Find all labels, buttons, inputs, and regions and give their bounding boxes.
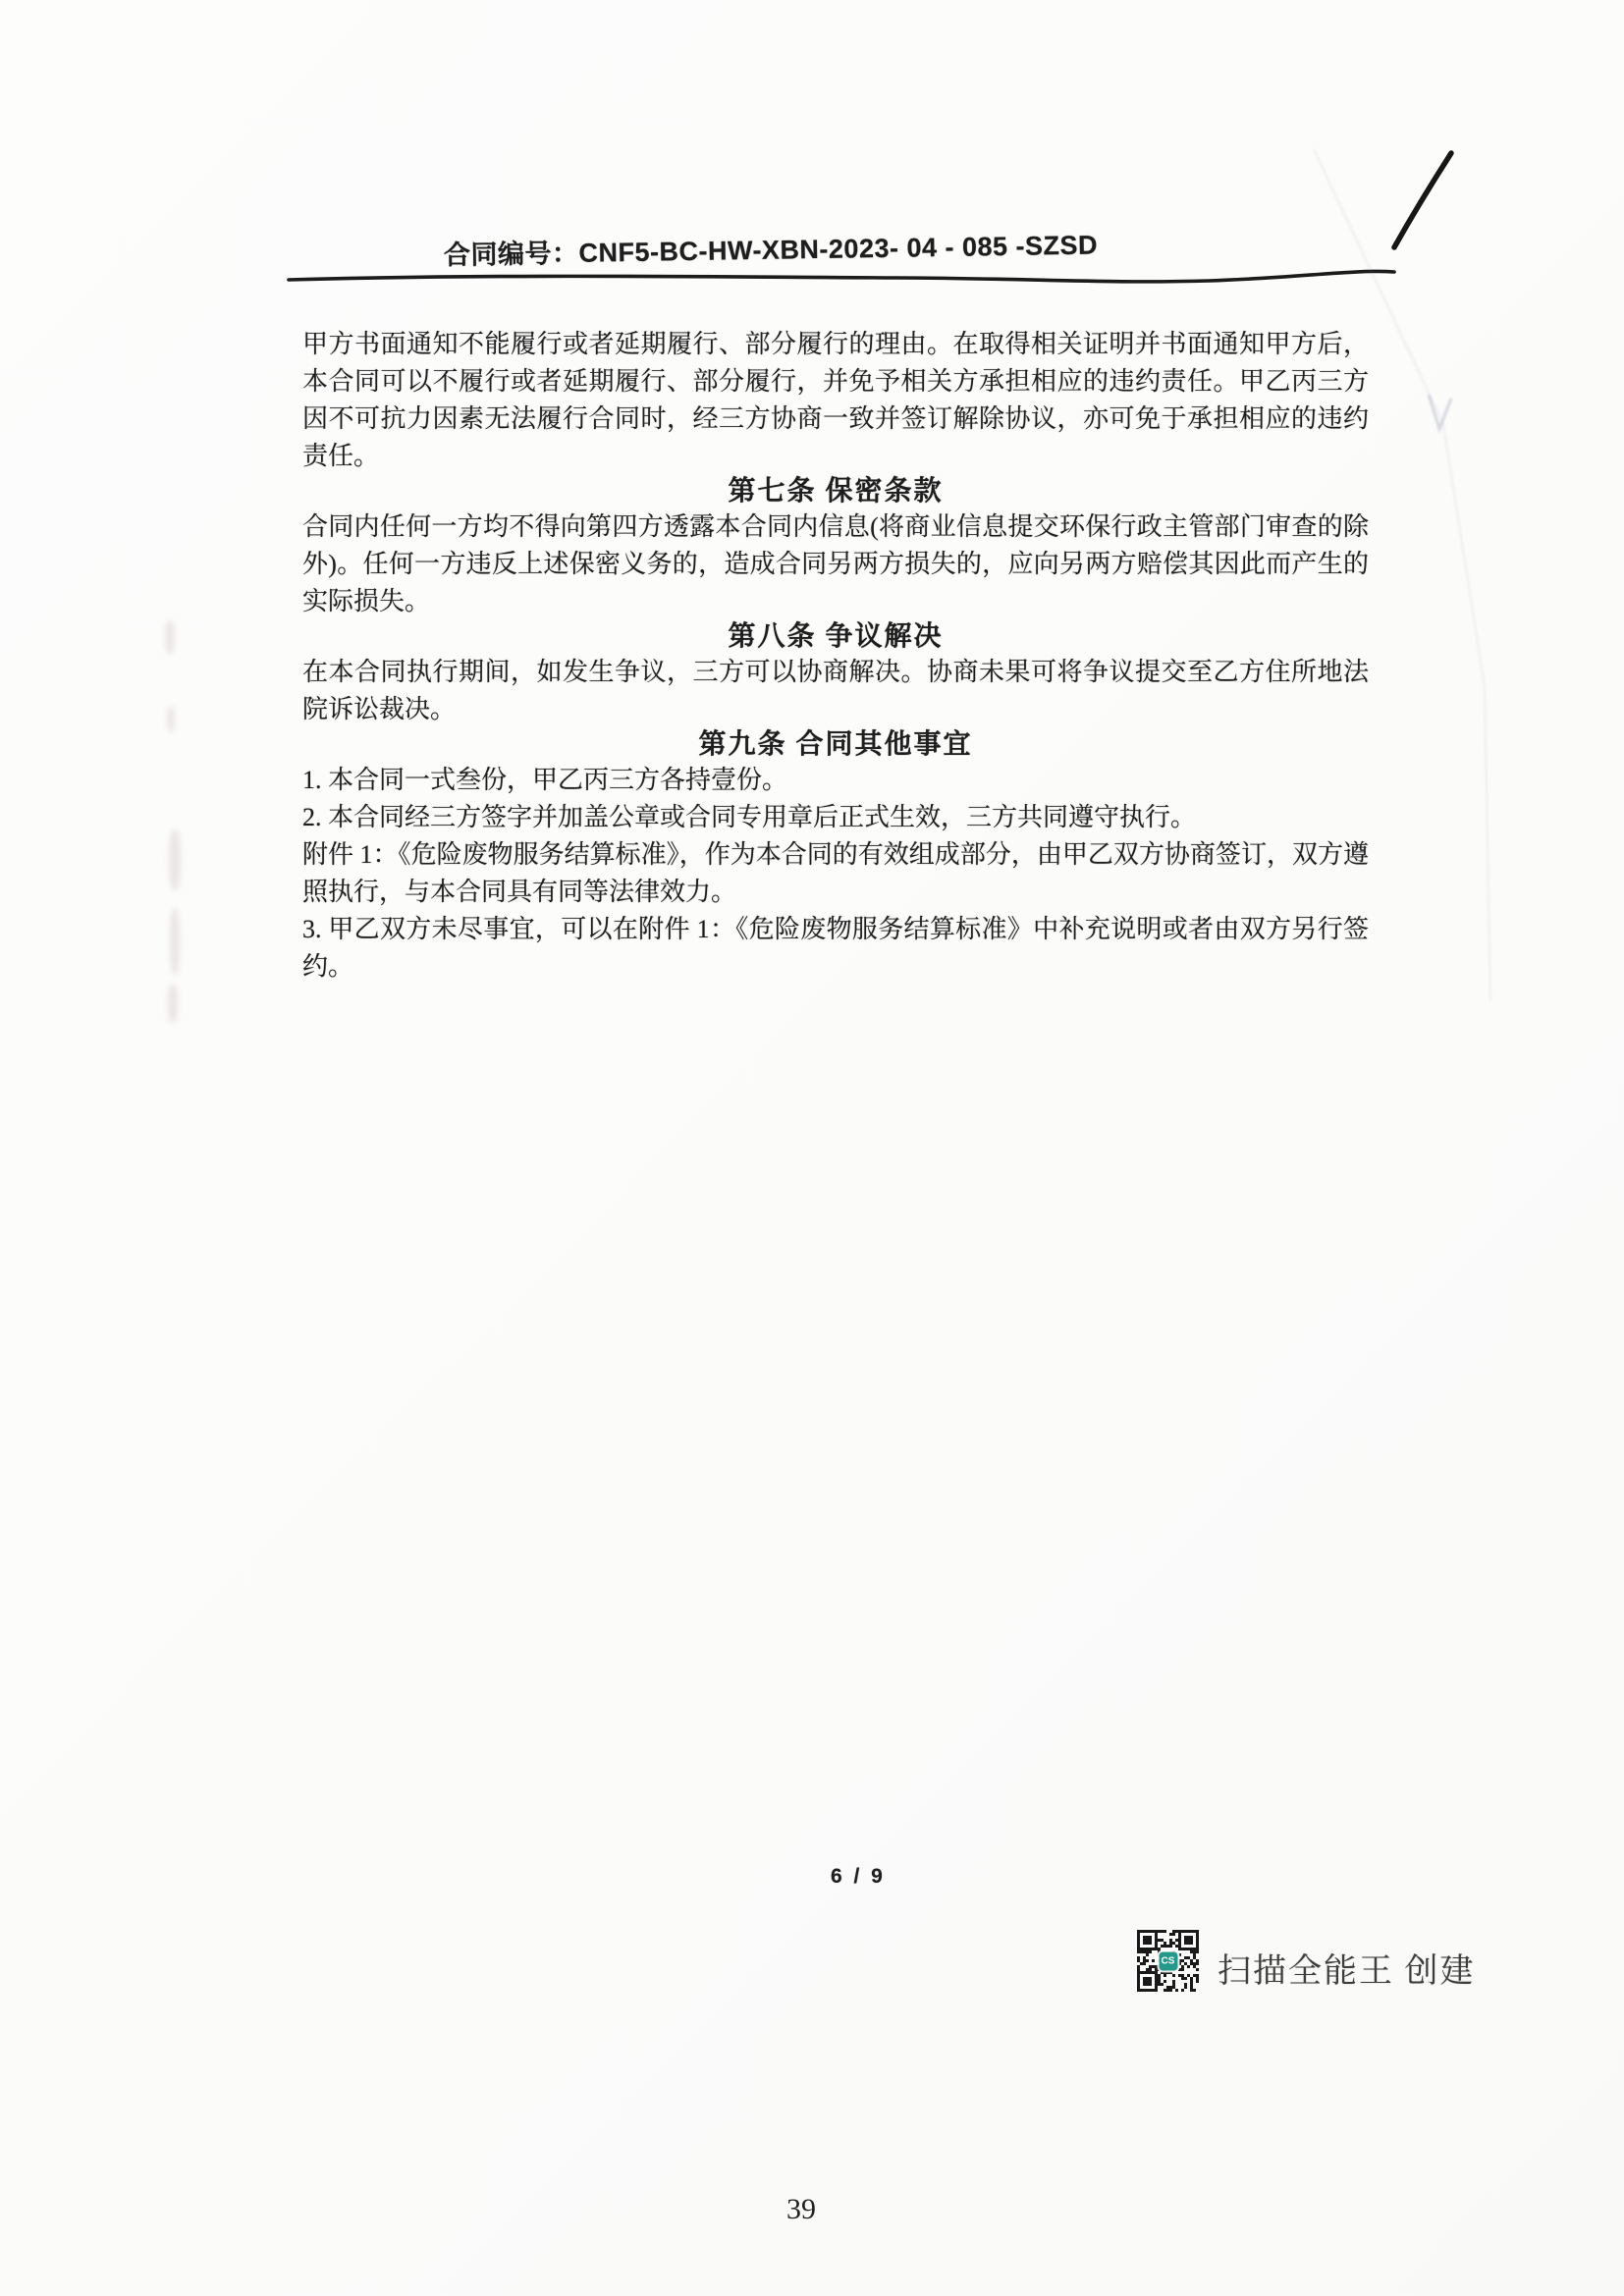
bleedthrough-smudge [170, 908, 180, 975]
section9-item-1: 1. 本合同一式叁份，甲乙丙三方各持壹份。 [302, 762, 1369, 799]
bleedthrough-smudge [168, 984, 178, 1023]
section9-heading: 第九条 合同其他事宜 [302, 728, 1369, 762]
section7-body: 合同内任何一方均不得向第四方透露本合同内信息(将商业信息提交环保行政主管部门审查… [302, 508, 1369, 620]
section8-body: 在本合同执行期间，如发生争议，三方可以协商解决。协商未果可将争议提交至乙方住所地… [302, 654, 1369, 728]
scanner-watermark-text: 扫描全能王 创建 [1218, 1944, 1476, 1992]
contract-body: 甲方书面通知不能履行或者延期履行、部分履行的理由。在取得相关证明并书面通知甲方后… [302, 326, 1369, 986]
section9-item-2: 2. 本合同经三方签字并加盖公章或合同专用章后正式生效，三方共同遵守执行。 [302, 799, 1369, 836]
intro-paragraph: 甲方书面通知不能履行或者延期履行、部分履行的理由。在取得相关证明并书面通知甲方后… [302, 326, 1369, 475]
scanned-contract-page: 合同编号：CNF5-BC-HW-XBN-2023- 04 - 085 -SZSD… [0, 0, 1624, 2296]
section7-heading: 第七条 保密条款 [302, 475, 1369, 508]
bleedthrough-smudge [169, 829, 181, 890]
page-number: 39 [0, 2193, 1602, 2226]
section9-item-3: 3. 甲乙双方未尽事宜，可以在附件 1：《危险废物服务结算标准》中补充说明或者由… [302, 911, 1369, 986]
fold-crease-artifact [1296, 137, 1522, 1031]
camscanner-logo-icon: CS [1159, 1951, 1177, 1970]
page-indicator: 6 / 9 [831, 1865, 886, 1889]
header-rule-line [287, 263, 1402, 289]
qr-code: CS [1137, 1930, 1199, 1992]
section8-heading: 第八条 争议解决 [302, 620, 1369, 654]
bleedthrough-smudge [167, 707, 175, 732]
section9-attachment-note: 附件 1：《危险废物服务结算标准》，作为本合同的有效组成部分，由甲乙双方协商签订… [302, 836, 1369, 911]
bleedthrough-smudge [165, 620, 175, 654]
